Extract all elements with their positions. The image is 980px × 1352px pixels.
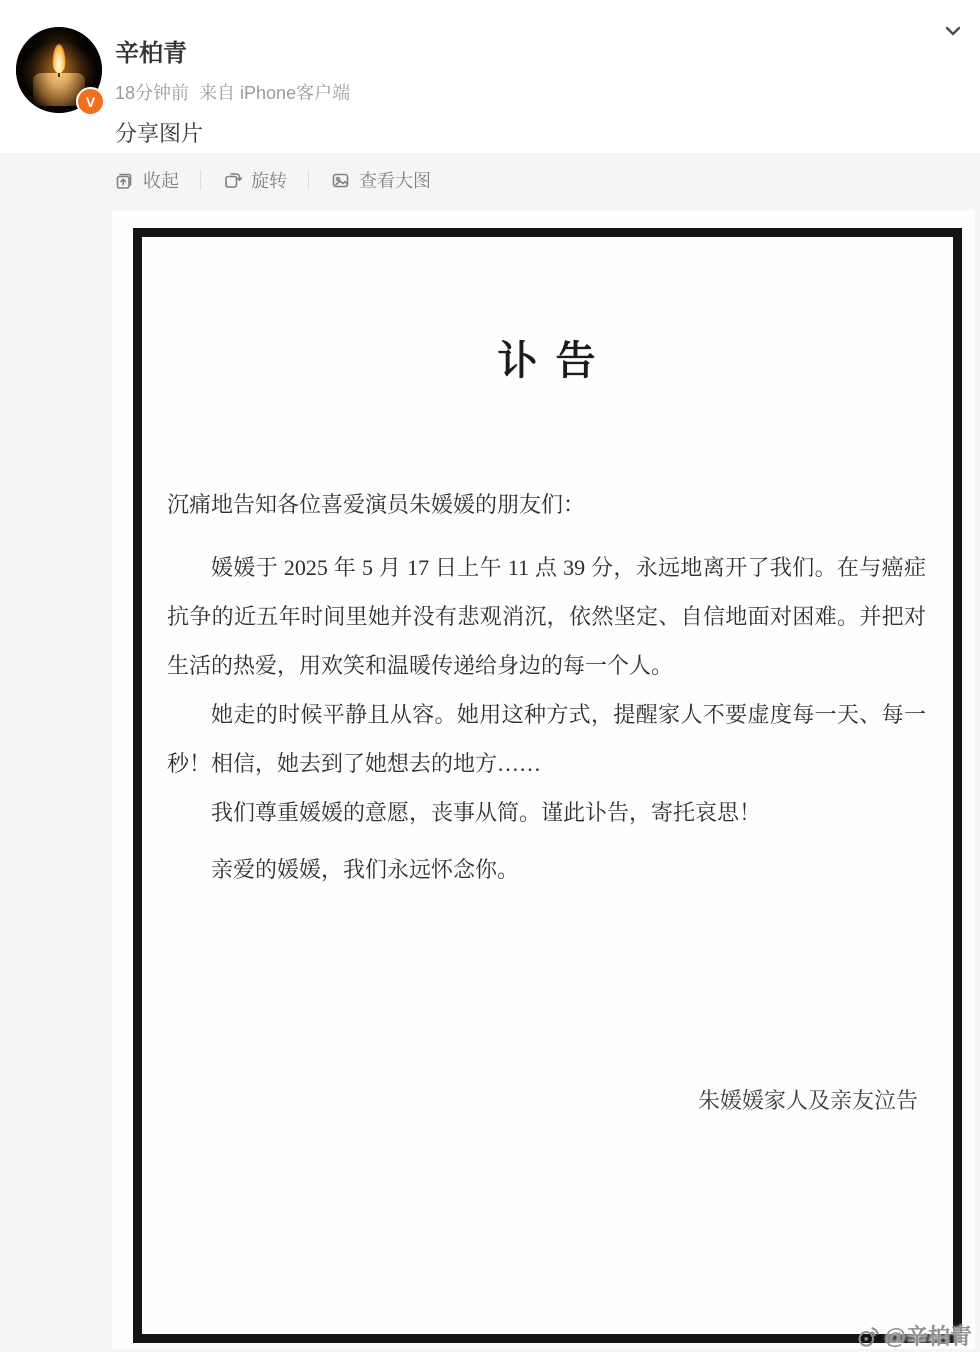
post-meta: 18分钟前来自 iPhone客户端 [115, 79, 360, 105]
obituary-paragraph: 媛媛于 2025 年 5 月 17 日上午 11 点 39 分，永远地离开了我们… [167, 543, 926, 690]
obituary-paragraph: 她走的时候平静且从容。她用这种方式，提醒家人不要虚度每一天、每一秒！相信，她去到… [167, 690, 926, 788]
weibo-logo-icon [855, 1322, 882, 1349]
verified-badge-icon: V [76, 87, 105, 116]
image-toolbar: 收起 旋转 [114, 167, 431, 193]
view-large-image-icon [330, 170, 351, 191]
weibo-post-page: V 辛柏青 18分钟前来自 iPhone客户端 分享图片 [0, 0, 980, 1352]
image-section: 收起 旋转 [0, 153, 980, 1352]
obituary-title: 讣告 [167, 337, 926, 385]
obituary-salutation: 沉痛地告知各位喜爱演员朱媛媛的朋友们： [167, 480, 926, 529]
chevron-down-icon[interactable] [938, 16, 968, 46]
collapse-button[interactable]: 收起 [114, 167, 179, 193]
view-large-label: 查看大图 [359, 167, 431, 193]
obituary-paragraph: 亲爱的媛媛，我们永远怀念你。 [167, 845, 926, 894]
watermark: @辛柏青 [855, 1320, 972, 1349]
post-text: 分享图片 [115, 117, 203, 148]
rotate-button[interactable]: 旋转 [222, 167, 287, 193]
obituary-image[interactable]: 讣告 沉痛地告知各位喜爱演员朱媛媛的朋友们： 媛媛于 2025 年 5 月 17… [112, 210, 975, 1349]
avatar[interactable]: V [16, 27, 102, 113]
obituary-signature: 朱媛媛家人及亲友泣告 [167, 1076, 918, 1125]
rotate-label: 旋转 [251, 167, 287, 193]
rotate-icon [222, 170, 243, 191]
collapse-label: 收起 [143, 167, 179, 193]
toolbar-divider [200, 170, 201, 190]
obituary-frame: 讣告 沉痛地告知各位喜爱演员朱媛媛的朋友们： 媛媛于 2025 年 5 月 17… [133, 228, 962, 1343]
username[interactable]: 辛柏青 [115, 33, 187, 68]
post-source: 来自 iPhone客户端 [199, 83, 350, 103]
view-large-button[interactable]: 查看大图 [330, 167, 431, 193]
watermark-text: @辛柏青 [885, 1320, 972, 1349]
post-timestamp: 18分钟前 [115, 83, 189, 103]
collapse-icon [114, 170, 135, 191]
toolbar-divider [308, 170, 309, 190]
obituary-paragraph: 我们尊重媛媛的意愿，丧事从简。谨此讣告，寄托哀思！ [167, 788, 926, 837]
post-header: V 辛柏青 18分钟前来自 iPhone客户端 分享图片 [0, 0, 980, 153]
